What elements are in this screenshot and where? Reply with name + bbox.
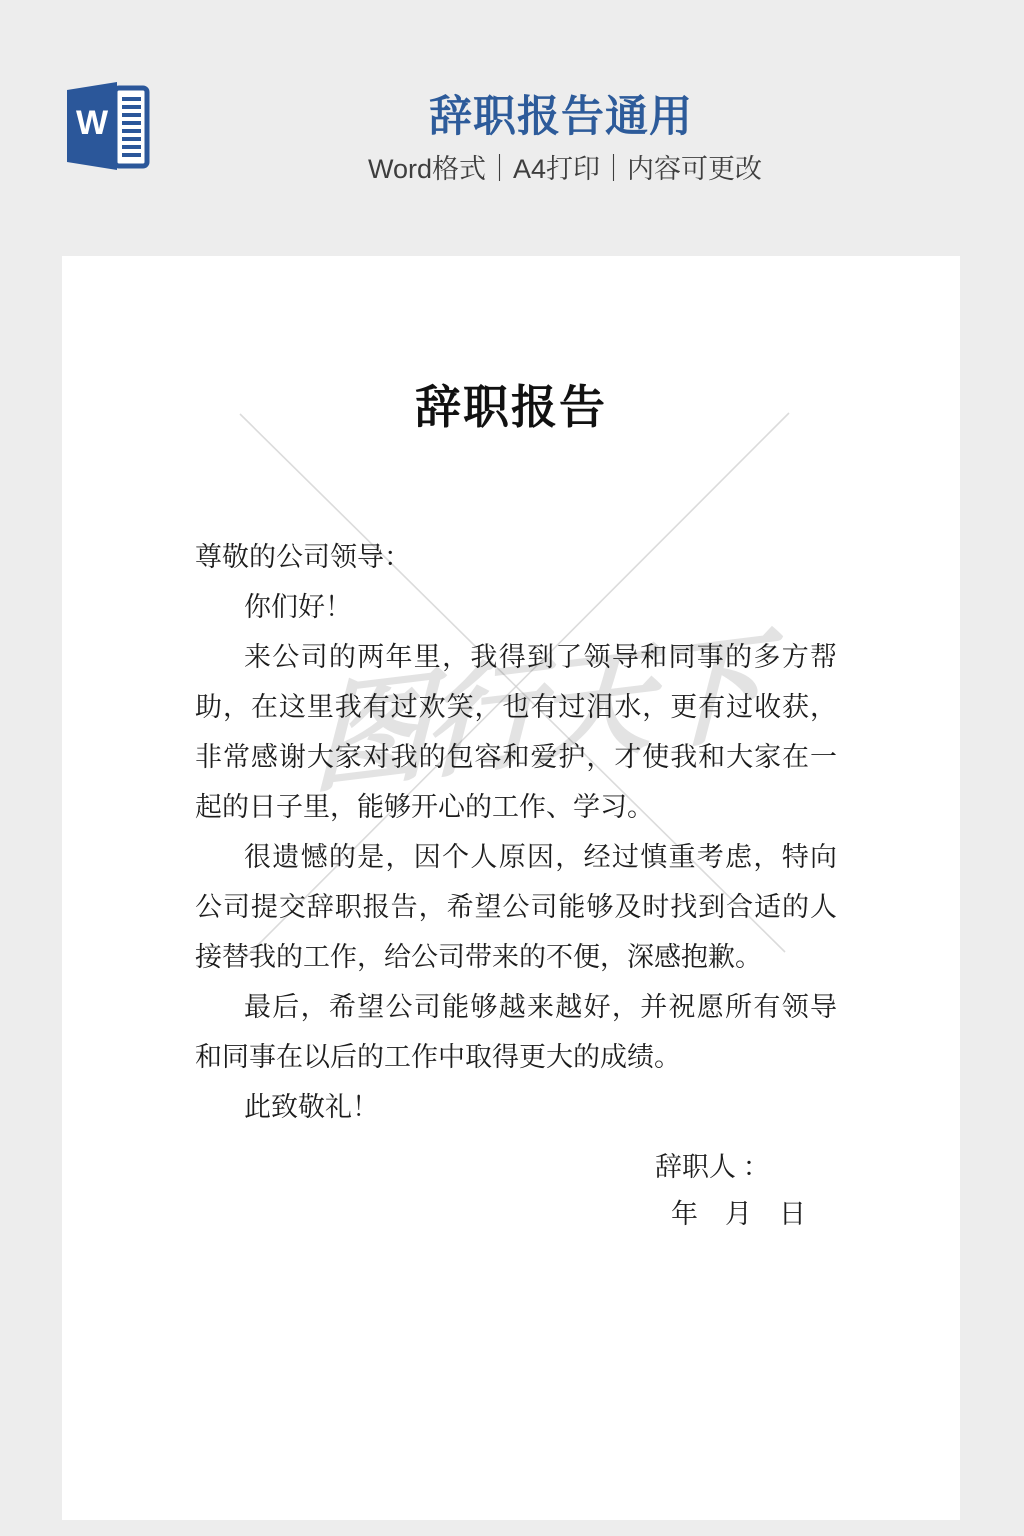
template-preview: W 辞职报告通用 Word格式｜A4打印｜内容可更改 图行天下 辞职报告 尊敬的… xyxy=(0,0,1024,1536)
document-page: 图行天下 辞职报告 尊敬的公司领导： 你们好！ 来公司的两年里，我得到了领导和同… xyxy=(62,256,960,1520)
letter-paragraph: 很遗憾的是，因个人原因，经过慎重考虑，特向公司提交辞职报告，希望公司能够及时找到… xyxy=(195,832,837,982)
date-placeholder: 年 月 日 xyxy=(655,1191,806,1238)
letter-title: 辞职报告 xyxy=(62,371,960,437)
letter-closing: 此致敬礼！ xyxy=(195,1082,837,1132)
template-title: 辞职报告通用 xyxy=(49,94,1024,141)
signer-label: 辞职人 ： xyxy=(655,1144,806,1191)
letter-paragraph: 最后，希望公司能够越来越好，并祝愿所有领导和同事在以后的工作中取得更大的成绩。 xyxy=(195,982,837,1082)
letter-body: 尊敬的公司领导： 你们好！ 来公司的两年里，我得到了领导和同事的多方帮助，在这里… xyxy=(195,532,837,1132)
letter-paragraph: 你们好！ xyxy=(195,582,837,632)
letter-salutation: 尊敬的公司领导： xyxy=(195,532,837,582)
signature-block: 辞职人 ： 年 月 日 xyxy=(655,1144,806,1238)
template-subtitle: Word格式｜A4打印｜内容可更改 xyxy=(53,153,1024,185)
letter-paragraph: 来公司的两年里，我得到了领导和同事的多方帮助，在这里我有过欢笑，也有过泪水，更有… xyxy=(195,632,837,832)
